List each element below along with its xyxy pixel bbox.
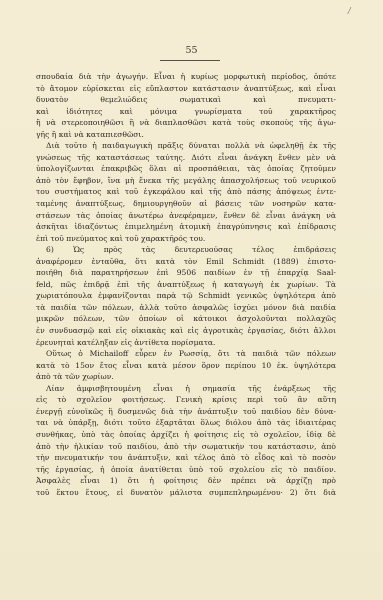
text-line: Οὕτως ὁ Michailoff εὗρεν ἐν Ρωσσίᾳ, ὅτι …	[36, 348, 336, 360]
text-line: καὶ ἰδιότητες καὶ μόνιμα γνωρίσματα τοῦ …	[36, 106, 336, 118]
text-line: τοῦ ἕκτου ἔτους, εἰ δυνατὸν μάλιστα συμπ…	[36, 487, 336, 499]
page-number: 55	[0, 45, 383, 56]
text-line: του συστήματος καὶ τοῦ ἐγκεφάλου καὶ τῆς…	[36, 186, 336, 198]
text-line: Ἀσφαλὲς εἶναι 1) ὅτι ἡ φοίτησις δὲν πρέπ…	[36, 475, 336, 487]
text-line: γῆς ἢ καὶ νὰ καταπιεσθῶσι.	[36, 129, 336, 141]
text-line: ἀσκῆται ἰδιαζόντως ἐπιμελημένη ἀτομικὴ ἐ…	[36, 221, 336, 233]
text-line: ἀναφέρομεν ἐνταῦθα, ὅτι κατὰ τὸν Emil Sc…	[36, 256, 336, 268]
text-line: feld, πῶς ἐπιδρᾷ ἐπὶ τῆς ἀναπτύξεως ἡ κα…	[36, 279, 336, 291]
text-line: χωριατόπουλα ἐμφανίζονται παρὰ τῷ Schmid…	[36, 290, 336, 302]
text-line: τὰ παιδία τῶν πόλεων, ἀλλὰ τοῦτο ἀσφαλῶς…	[36, 302, 336, 314]
text-line: ταμένης ἀναπτύξεως, δημιουργηθοῦν αἱ βάσ…	[36, 198, 336, 210]
body-text: σπουδαία διὰ τὴν ἀγωγήν. Εἶναι ἡ κυρίως …	[36, 71, 336, 498]
scanned-page: / 55 σπουδαία διὰ τὴν ἀγωγήν. Εἶναι ἡ κυ…	[0, 0, 383, 600]
text-line: δυνατὸν θεμελιώδεις σωματικαὶ καὶ πνευμα…	[36, 94, 336, 106]
text-line: σπουδαία διὰ τὴν ἀγωγήν. Εἶναι ἡ κυρίως …	[36, 71, 336, 83]
text-line: τὴν πνευματικήν του ἀνάπτυξιν, καὶ τέλος…	[36, 452, 336, 464]
text-line: ἢ νὰ στερεοποιηθῶσι ἢ νὰ διαπλασθῶσι κατ…	[36, 117, 336, 129]
text-line: ὑπολογίζωνται ἐπακριβῶς ὅλαι αἱ προσπάθε…	[36, 163, 336, 175]
text-line: ται νὰ ὑπάρξῃ, διότι τοῦτο ἐξαρτᾶται ὅλω…	[36, 417, 336, 429]
text-line: ἀπὸ τὴν ἡλικίαν τοῦ παιδίου, ἀπὸ τὴν σωμ…	[36, 441, 336, 453]
text-line: 6) Ὡς πρὸς τὰς δευτερευούσας τέλος ἐπιδρ…	[36, 244, 336, 256]
text-line: ἐρευνηταὶ κατέληξαν εἰς ἀντίθετα πορίσμα…	[36, 337, 336, 349]
text-line: ἐν συνδυασμῷ καὶ εἰς οἰκιακὰς καὶ εἰς ἀγ…	[36, 325, 336, 337]
text-line: μικρῶν πόλεων, τῶν ὁποίων οἱ κάτοικοι ἀσ…	[36, 313, 336, 325]
text-line: στάσεων τὰς ὁποίας ἀνωτέρω ἀνεφέραμεν, ἔ…	[36, 210, 336, 222]
text-line: Διὰ τοῦτο ἡ παιδαγωγικὴ πρᾶξις δύναται π…	[36, 140, 336, 152]
text-line: τῆς ἐργασίας, ἡ ὁποία ἀνατίθεται ὑπὸ τοῦ…	[36, 464, 336, 476]
text-line: ποιήθη διὰ παρατηρήσεων ἐπὶ 9506 παιδίων…	[36, 267, 336, 279]
pencil-mark: /	[348, 6, 351, 15]
text-line: ἀπὸ τὰ τῶν χωρίων.	[36, 371, 336, 383]
text-line: εἰς τὸ σχολεῖον φοιτήσεως. Γενικὴ κρίσις…	[36, 394, 336, 406]
text-line: κατὰ τὸ 15ον ἔτος εἶναι κατὰ μέσον ὅρον …	[36, 360, 336, 372]
text-line: τὸ ἄτομον εὑρίσκεται εἰς εὔπλαστον κατάσ…	[36, 83, 336, 95]
text-line: ἐνεργῇ εὐνοϊκῶς ἢ δυσμενῶς διὰ τὴν ἀνάπτ…	[36, 406, 336, 418]
text-line: ἀπὸ τὸν ἔφηβον, ἵνα μὴ ἕνεκα τῆς μεγάλης…	[36, 175, 336, 187]
text-line: γνώσεως τῆς καταστάσεως ταύτης. Διότι εἶ…	[36, 152, 336, 164]
text-line: ἐπὶ τοῦ πνεύματος καὶ τοῦ χαρακτῆρός του…	[36, 233, 336, 245]
page-number-rule	[160, 60, 220, 61]
text-line: Λίαν ἀμφισβητουμένη εἶναι ἡ σημασία τῆς …	[36, 383, 336, 395]
text-line: συνθήκας, ὑπὸ τὰς ὁποίας ἀρχίζει ἡ φοίτη…	[36, 429, 336, 441]
